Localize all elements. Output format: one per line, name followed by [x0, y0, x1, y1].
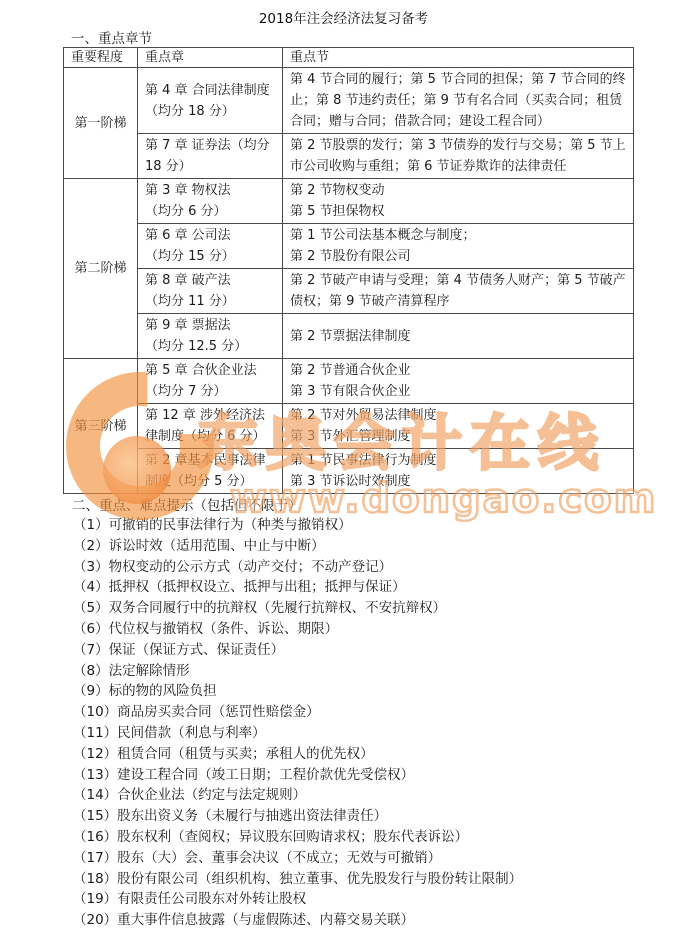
table-header-row: 重要程度 重点章 重点节: [64, 48, 634, 68]
chapter-title: 第 6 章 公司法: [145, 225, 275, 246]
list-item: （20）重大事件信息披露（与虚假陈述、内幕交易关联）: [73, 910, 522, 931]
section-line: 第 2 节普通合伙企业: [290, 360, 626, 381]
tier-label: 第三阶梯: [64, 359, 138, 494]
section-line: 第 2 节对外贸易法律制度: [290, 405, 626, 426]
list-item: （3）物权变动的公示方式（动产交付；不动产登记）: [73, 557, 522, 578]
chapter-cell: 第 4 章 合同法律制度（均分 18 分）: [138, 68, 283, 134]
sections-cell: 第 2 节股票的发行；第 3 节债券的发行与交易；第 5 节上市公司收购与重组；…: [283, 134, 634, 179]
list-item: （15）股东出资义务（未履行与抽逃出资法律责任）: [73, 806, 522, 827]
sections-cell: 第 2 节破产申请与受理；第 4 节债务人财产；第 5 节破产债权；第 9 节破…: [283, 269, 634, 314]
table-row: 第 9 章 票据法（均分 12.5 分） 第 2 节票据法律制度: [64, 314, 634, 359]
section-line: 第 5 节担保物权: [290, 201, 626, 222]
list-item: （9）标的物的风险负担: [73, 681, 522, 702]
chapter-title: 第 8 章 破产法: [145, 270, 275, 291]
sections-cell: 第 2 节票据法律制度: [283, 314, 634, 359]
list-item: （10）商品房买卖合同（惩罚性赔偿金）: [73, 702, 522, 723]
list-item: （4）抵押权（抵押权设立、抵押与出租；抵押与保证）: [73, 577, 522, 598]
chapter-cell: 第 8 章 破产法（均分 11 分）: [138, 269, 283, 314]
list-item: （5）双务合同履行中的抗辩权（先履行抗辩权、不安抗辩权）: [73, 598, 522, 619]
chapter-score: （均分 12.5 分）: [145, 336, 275, 357]
chapter-cell: 第 9 章 票据法（均分 12.5 分）: [138, 314, 283, 359]
key-points-list: （1）可撤销的民事法律行为（种类与撤销权） （2）诉讼时效（适用范围、中止与中断…: [73, 515, 522, 931]
header-sections: 重点节: [283, 48, 634, 68]
tier-label: 第一阶梯: [64, 68, 138, 179]
header-importance: 重要程度: [64, 48, 138, 68]
key-chapters-table: 重要程度 重点章 重点节 第一阶梯 第 4 章 合同法律制度（均分 18 分） …: [63, 47, 634, 494]
table-row: 第 2 章基本民事法律制度（均分 5 分） 第 1 节民事法律行为制度第 3 节…: [64, 449, 634, 494]
list-item: （11）民间借款（利息与利率）: [73, 723, 522, 744]
chapter-title: 第 9 章 票据法: [145, 315, 275, 336]
chapter-score: （均分 15 分）: [145, 246, 275, 267]
chapter-cell: 第 3 章 物权法（均分 6 分）: [138, 179, 283, 224]
list-item: （13）建设工程合同（竣工日期；工程价款优先受偿权）: [73, 765, 522, 786]
list-item: （17）股东（大）会、董事会决议（不成立；无效与可撤销）: [73, 848, 522, 869]
section-line: 第 3 节诉讼时效制度: [290, 471, 626, 492]
document-title: 2018年注会经济法复习备考: [0, 7, 687, 27]
list-item: （19）有限责任公司股东对外转让股权: [73, 889, 522, 910]
table-row: 第 8 章 破产法（均分 11 分） 第 2 节破产申请与受理；第 4 节债务人…: [64, 269, 634, 314]
list-item: （1）可撤销的民事法律行为（种类与撤销权）: [73, 515, 522, 536]
sections-cell: 第 2 节对外贸易法律制度第 3 节外汇管理制度: [283, 404, 634, 449]
section-line: 第 1 节公司法基本概念与制度；: [290, 225, 626, 246]
sections-cell: 第 4 节合同的履行；第 5 节合同的担保；第 7 节合同的终止；第 8 节违约…: [283, 68, 634, 134]
section-heading-key-chapters: 一、重点章节: [71, 27, 152, 47]
chapter-cell: 第 6 章 公司法（均分 15 分）: [138, 224, 283, 269]
section-line: 第 2 节股份有限公司: [290, 246, 626, 267]
sections-cell: 第 2 节物权变动第 5 节担保物权: [283, 179, 634, 224]
list-item: （16）股东权利（查阅权；异议股东回购请求权；股东代表诉讼）: [73, 827, 522, 848]
table-row: 第三阶梯 第 5 章 合伙企业法（均分 7 分） 第 2 节普通合伙企业第 3 …: [64, 359, 634, 404]
table-row: 第二阶梯 第 3 章 物权法（均分 6 分） 第 2 节物权变动第 5 节担保物…: [64, 179, 634, 224]
chapter-score: （均分 11 分）: [145, 291, 275, 312]
chapter-title: 第 3 章 物权法: [145, 180, 275, 201]
chapter-score: （均分 7 分）: [145, 381, 275, 402]
chapter-score: （均分 6 分）: [145, 201, 275, 222]
table-row: 第 7 章 证券法（均分 18 分） 第 2 节股票的发行；第 3 节债券的发行…: [64, 134, 634, 179]
sections-cell: 第 1 节公司法基本概念与制度；第 2 节股份有限公司: [283, 224, 634, 269]
chapter-cell: 第 12 章 涉外经济法律制度（均分 6 分）: [138, 404, 283, 449]
list-item: （2）诉讼时效（适用范围、中止与中断）: [73, 536, 522, 557]
list-item: （8）法定解除情形: [73, 661, 522, 682]
chapter-cell: 第 2 章基本民事法律制度（均分 5 分）: [138, 449, 283, 494]
list-item: （18）股份有限公司（组织机构、独立董事、优先股发行与股份转让限制）: [73, 869, 522, 890]
chapter-cell: 第 5 章 合伙企业法（均分 7 分）: [138, 359, 283, 404]
list-item: （7）保证（保证方式、保证责任）: [73, 640, 522, 661]
table-row: 第 12 章 涉外经济法律制度（均分 6 分） 第 2 节对外贸易法律制度第 3…: [64, 404, 634, 449]
header-chapter: 重点章: [138, 48, 283, 68]
section-line: 第 1 节民事法律行为制度: [290, 450, 626, 471]
chapter-title: 第 5 章 合伙企业法: [145, 360, 275, 381]
list-item: （6）代位权与撤销权（条件、诉讼、期限）: [73, 619, 522, 640]
table-row: 第一阶梯 第 4 章 合同法律制度（均分 18 分） 第 4 节合同的履行；第 …: [64, 68, 634, 134]
list-item: （14）合伙企业法（约定与法定规则）: [73, 785, 522, 806]
tier-label: 第二阶梯: [64, 179, 138, 359]
sections-cell: 第 2 节普通合伙企业第 3 节有限合伙企业: [283, 359, 634, 404]
list-item: （12）租赁合同（租赁与买卖；承租人的优先权）: [73, 744, 522, 765]
section-line: 第 2 节物权变动: [290, 180, 626, 201]
table-row: 第 6 章 公司法（均分 15 分） 第 1 节公司法基本概念与制度；第 2 节…: [64, 224, 634, 269]
section-line: 第 3 节有限合伙企业: [290, 381, 626, 402]
section-line: 第 3 节外汇管理制度: [290, 426, 626, 447]
section-heading-key-points: 二、重点、难点提示（包括但不限于）: [72, 494, 302, 514]
chapter-cell: 第 7 章 证券法（均分 18 分）: [138, 134, 283, 179]
sections-cell: 第 1 节民事法律行为制度第 3 节诉讼时效制度: [283, 449, 634, 494]
